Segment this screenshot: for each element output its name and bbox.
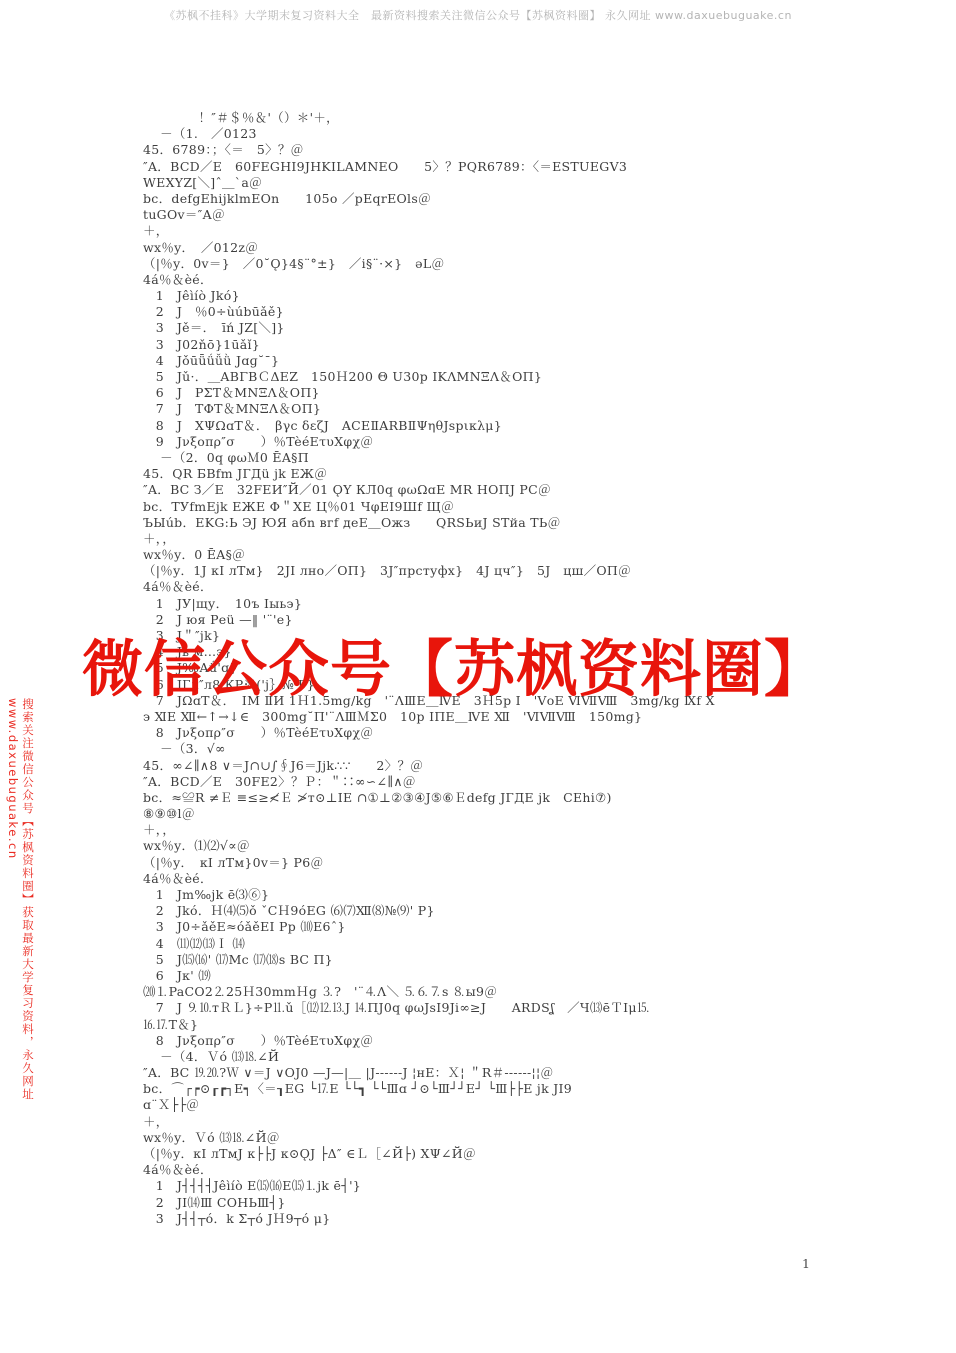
document-line: （|％y． кІ лТм}0v＝} Р6＠ <box>143 855 953 871</box>
page-header-text: 《苏枫不挂科》大学期末复习资料大全 最新资料搜索关注微信公众号【苏枫资料圈】 永… <box>0 7 956 23</box>
document-line: 2 Јkó．Ｈ⑷⑸ǒ ˇCＨ9óЕG ⑹⑺Ⅻ⑻№⑼' Р} <box>143 903 953 919</box>
document-line: 3 Јě＝． īń ЈZ[＼]} <box>143 320 953 336</box>
document-line: 4 ⑾⑿⒀Ｉ ⒁ <box>143 936 953 952</box>
left-vertical-watermark: 搜索关注微信公众号【苏枫资料圈】获取最新大学复习资料，永久网址www.daxue… <box>6 698 36 1158</box>
document-line: wx％y． ／012z＠ <box>143 240 953 256</box>
document-line: 6 Јк' ⒆ <box>143 968 953 984</box>
document-line: 45．6789：；〈＝ 5〉？＠ <box>143 142 953 158</box>
document-line: 4á％＆èé． <box>143 579 953 595</box>
document-line: ″A．BCD／E 60FEGHI9JHKILAMNEO 5〉？PQR6789：〈… <box>143 159 953 175</box>
document-line: ″A．BCD／E 30FЕ2〉？Ｐ：＂∷∞∽∠∥∧＠ <box>143 774 953 790</box>
document-line: 6 Ј ΡΣΤ＆ΜΝΞΛ＆ΟΠ} <box>143 385 953 401</box>
document-line: ⑧⑨⑩l＠ <box>143 806 953 822</box>
document-line: 45．∞∠∥∧8 ∨＝Ј∩∪∫∮Ј6＝Јjk∴∵ 2〉？＠ <box>143 758 953 774</box>
page-number: 1 <box>802 1256 810 1271</box>
document-line: bc．⌒┌┍⊙┎┏┐Е┑〈＝┒EG └⒘Е └└┓ └└Ⅲɑ ┘⊙└Ⅲ┘┘Е┘ … <box>143 1081 953 1097</box>
document-line: 1 Јêìíò Јkó} <box>143 288 953 304</box>
document-line: ⒇⒈PaCO2⒉25Ｈ30mmＨg ⒊? '¨⒋Λ＼ ⒌⒍⒎s ⒏ы9＠ <box>143 984 953 1000</box>
document-line: ″A．ВС ⒚⒛?Ｗ ∨＝Ј ∨OЈ0 —Ј—|＿ |Ј------Ј ¦нЕ：… <box>143 1065 953 1081</box>
document-line: －（1. ／0123 <box>143 126 953 142</box>
document-line: 4á％＆èé． <box>143 272 953 288</box>
document-line: 3 Ј0÷ǎěЕ≈óǎěЕІ Рp ⑽Е6ˆ} <box>143 919 953 935</box>
document-line: ＋，， <box>143 822 953 838</box>
document-line: 8 Јνξoπρ″σ ）％TèéЕτυΧφχ＠ <box>143 1033 953 1049</box>
document-line: －（3．√∞ <box>143 741 953 757</box>
document-line: 2 Ј ％0÷ùúbūǎě} <box>143 304 953 320</box>
document-line: 4á％＆èé． <box>143 871 953 887</box>
document-line: 45．QR БВfm ЈГДü jk ЕЖ＠ <box>143 466 953 482</box>
document-line: －（4．Ｖó ⒀⒙∠Й <box>143 1049 953 1065</box>
document-line: 1 Јm‰jk ē⑶⑥} <box>143 887 953 903</box>
document-line: 7 ЈΩɑТ＆． ⅠM ⅡИ 1Ｈ1.5mg/kg '¨ΛⅢЕ＿ⅣЕ 3Ｈ5p … <box>143 693 953 709</box>
document-line: 4 Јь м…э} <box>143 644 953 660</box>
document-line: 6 ЈГл″л8 КР※('j｝№'Р} <box>143 677 953 693</box>
document-line: 5 Ј‰Аǘ'q} <box>143 660 953 676</box>
document-line: 1 Ј┤┤┤┤Јêìíò Е⒂⒃Е⒂⒈jk ē┤'} <box>143 1178 953 1194</box>
document-line: 5 Ј⒂⒃' ⒄Мc ⒄⒅s ВС Π} <box>143 952 953 968</box>
document-body: ！″＃＄％＆'（）＊'＋， －（1. ／012345．6789：；〈＝ 5〉？＠… <box>143 110 953 1227</box>
document-page: 《苏枫不挂科》大学期末复习资料大全 最新资料搜索关注微信公众号【苏枫资料圈】 永… <box>0 0 956 1353</box>
document-line: －（2．0q φωＭ0 ĒA§Π <box>143 450 953 466</box>
document-line: 7 Ј ΤΦΤ＆ΜΝΞΛ＆ΟΠ} <box>143 401 953 417</box>
document-line: 8 Ј ΧΨΩɑΤ＆． βγc δεζЈ ACEⅡARBⅡΨηθЈspικλμ} <box>143 418 953 434</box>
document-line: bc．defgEhijklmEOn 105o ／pEqrEOls＠ <box>143 191 953 207</box>
document-line: ＋，， <box>143 531 953 547</box>
document-line: wx％y．⑴⑵√∝＠ <box>143 838 953 854</box>
document-line: 5 Јǔ·．＿ΑΒΓΒＣΔΕΖ 150Ｈ200 Θ U30p ΙΚΛΜΝΞΛ＆Ο… <box>143 369 953 385</box>
document-line: （|％y．кІ лТмЈ к├├Ј к⊙ǪЈ ├Δ″ ∈Ｌ［∠Й├) ΧΨ∠Й＠ <box>143 1146 953 1162</box>
document-line: ⒗⒘Т＆} <box>143 1017 953 1033</box>
document-line: tuGOv＝″A＠ <box>143 207 953 223</box>
document-line: WEXYZ[＼]ˆ＿ˋa＠ <box>143 175 953 191</box>
document-line: 2 Ј юя Рeü —‖ '¨'e} <box>143 612 953 628</box>
document-line: ″A．ВС З／Е 32FЕИ″Й／01 ǪY КЛ0q φωΩɑЕ MR НО… <box>143 482 953 498</box>
document-line: wx％y．0 ĒA§＠ <box>143 547 953 563</box>
document-line: 4á％＆èé． <box>143 1162 953 1178</box>
document-line: ＋， <box>143 223 953 239</box>
document-line: 1 ЈУ|щу． 10ъ Іыьэ} <box>143 596 953 612</box>
document-line: ɑ¨Ｘ├├＠ <box>143 1097 953 1113</box>
document-line: 3 Ј02ňō}1ūǎǐ} <box>143 337 953 353</box>
document-line: 8 Јνξoπρ″σ ）％TèéЕτυΧφχ＠ <box>143 725 953 741</box>
document-line: （|％y．1Ј кІ лТм} 2ЈІ лно／ОП} 3Ј″прстуфх} … <box>143 563 953 579</box>
document-line: bc．ТУfmЕjk ЕЖЕ Ф＂ХЕ Ц％01 ЧφЕІ9Шf Щ＠ <box>143 499 953 515</box>
document-line: 7 Ј ⒐⒑тＲＬ}÷Р⒒ǔ［⑿⒓⒔Ј ⒕ПЈ0q φωЈsІ9Јi∞≥Ј AR… <box>143 1000 953 1016</box>
document-line: ＋， <box>143 1114 953 1130</box>
document-line: ЪЫúb．EKG:Ь ЭЈ ЮЯ абn вгf деЕ＿Ожз QRSЬиЈ … <box>143 515 953 531</box>
document-line: 9 Јνξoπρ″σ ）％TèéΕτυΧφχ＠ <box>143 434 953 450</box>
document-line: 3 Ј＂″jk} <box>143 628 953 644</box>
document-line: 3 Ј┤┤┬ó．k Σ┬ó ЈＨ9┬ó μ} <box>143 1211 953 1227</box>
document-line: 4 Јǒūǖǘǚǜ Јɑɡ˘ˉ} <box>143 353 953 369</box>
document-line: 2 ЈІ⒁Ⅲ СОНЬⅢ┤} <box>143 1195 953 1211</box>
document-line: ！″＃＄％＆'（）＊'＋， <box>143 110 953 126</box>
document-line: э ⅪЕ Ⅻ←↑→↓∈ 300mg˘Π'¨ΛⅢＭΣ0 10p ⅠΠЕ＿ⅣЕ Ⅻ … <box>143 709 953 725</box>
document-line: bc．≈≌R ≠Ｅ ≡≤≥≮Ｅ ≯т⊙⊥ІЕ ∩①⊥②③④Ј⑤⑥Ｅdefg ЈГ… <box>143 790 953 806</box>
document-line: wx％y．Ｖó ⒀⒙∠Й＠ <box>143 1130 953 1146</box>
document-line: （|％y．0v＝} ／0˘Ǫ}4§¨°±} ／i§¨·×} ǝL＠ <box>143 256 953 272</box>
